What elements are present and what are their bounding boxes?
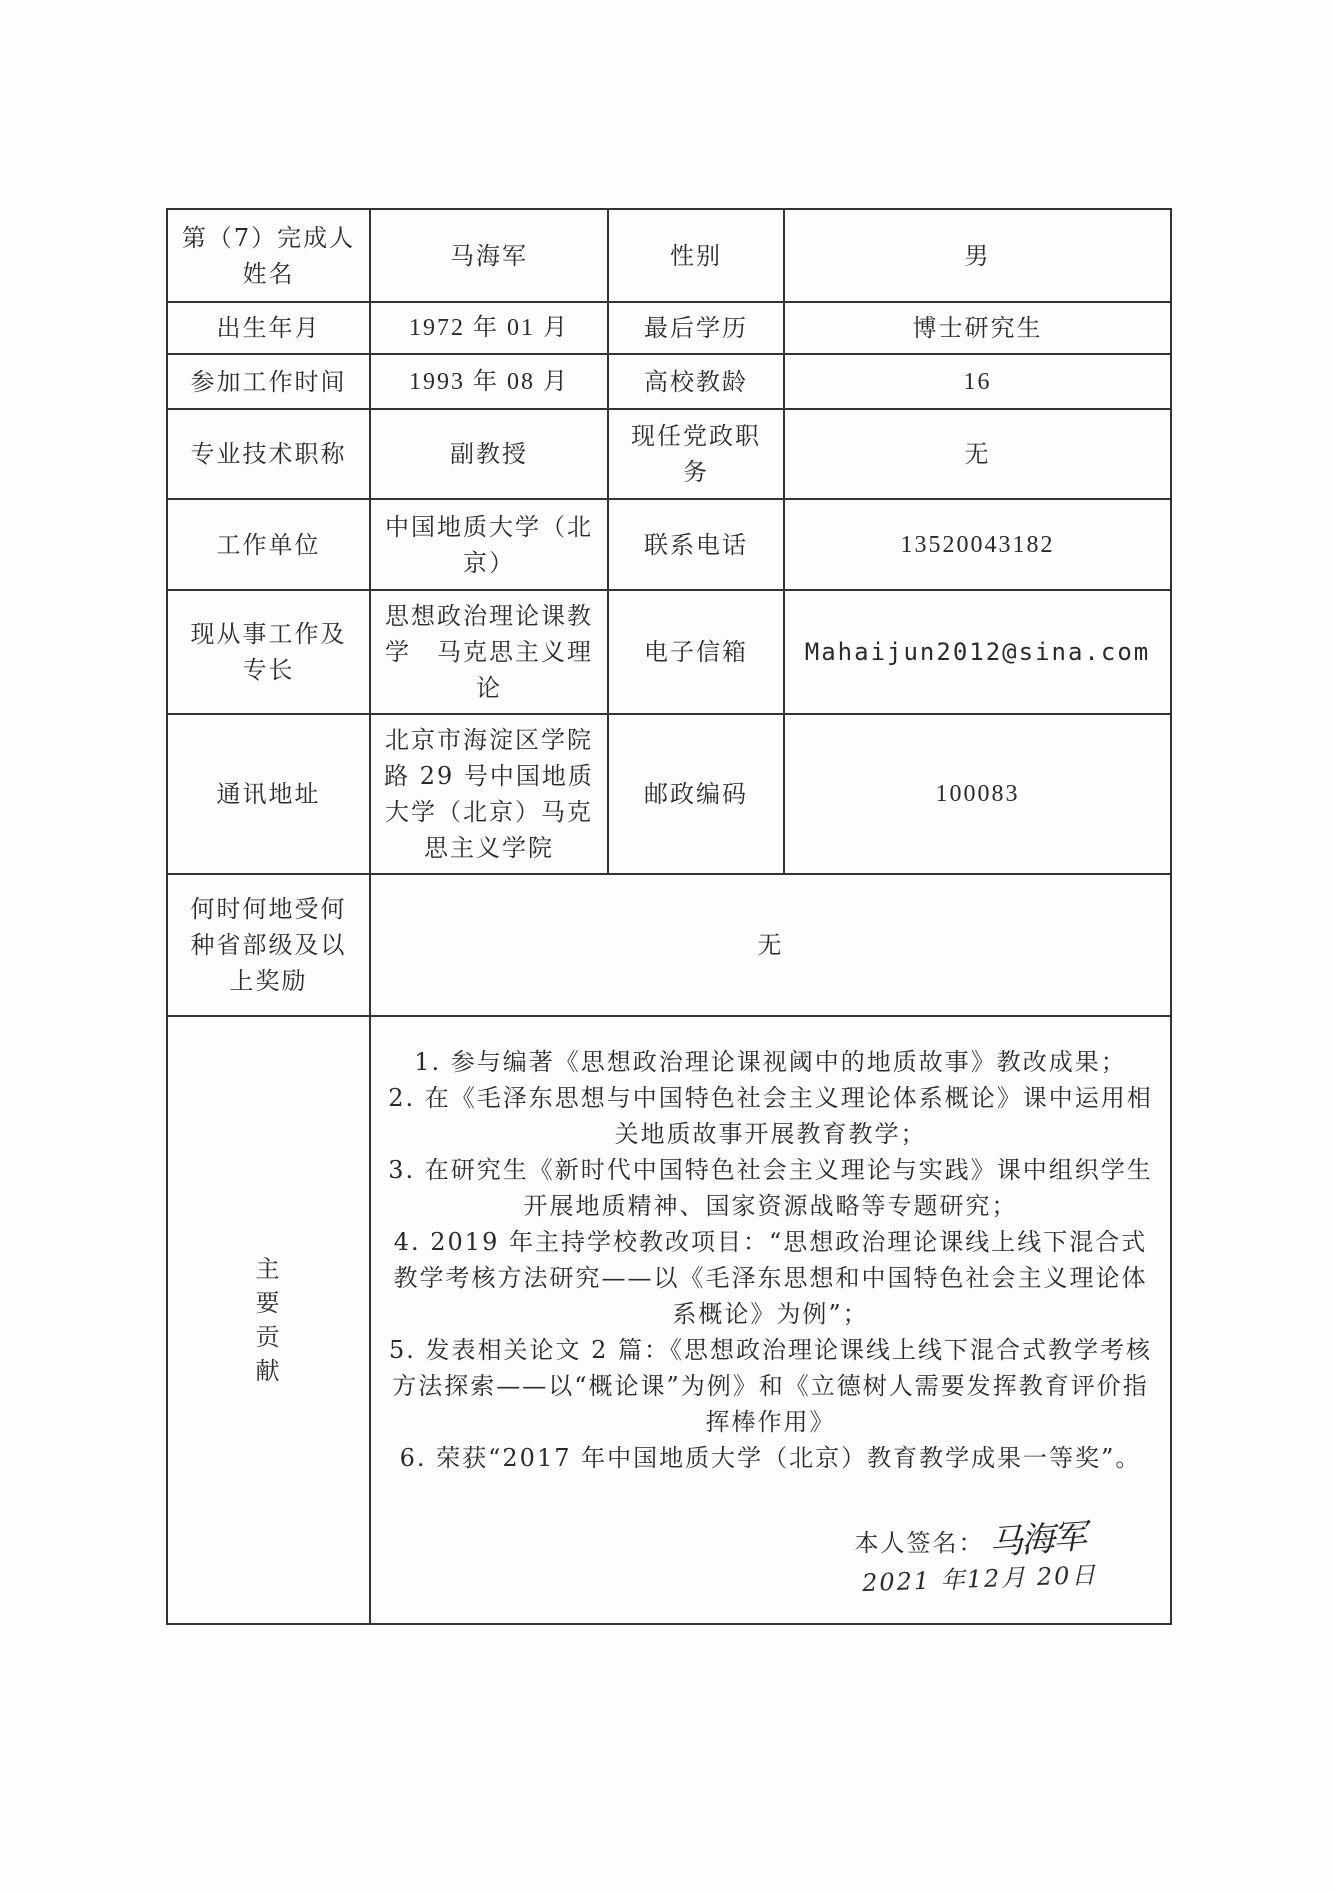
- label-education: 最后学历: [608, 302, 784, 354]
- signature-date: 2021 年12月 20日: [861, 1557, 1097, 1599]
- form-row-expertise: 现从事工作及专长 思想政治理论课教学 马克思主义理论 电子信箱 Mahaijun…: [167, 590, 1171, 714]
- label-address: 通讯地址: [167, 714, 370, 874]
- contributions-list: 1. 参与编著《思想政治理论课视阈中的地质故事》教改成果； 2. 在《毛泽东思想…: [381, 1044, 1160, 1476]
- handwritten-signature: 马海军: [987, 1518, 1085, 1561]
- value-birth-date: 1972 年 01 月: [370, 302, 608, 354]
- label-char: 贡: [178, 1320, 359, 1354]
- document-page: 第（7）完成人姓名 马海军 性别 男 出生年月 1972 年 01 月 最后学历…: [0, 0, 1333, 1892]
- form-row-employer: 工作单位 中国地质大学（北京） 联系电话 13520043182: [167, 499, 1171, 590]
- value-employer: 中国地质大学（北京）: [370, 499, 608, 590]
- label-professional-title: 专业技术职称: [167, 409, 370, 499]
- contribution-item: 5. 发表相关论文 2 篇：《思想政治理论课线上线下混合式教学考核方法探索——以…: [381, 1332, 1160, 1440]
- label-employer: 工作单位: [167, 499, 370, 590]
- label-char: 主: [178, 1252, 359, 1286]
- value-postcode: 100083: [784, 714, 1171, 874]
- value-address: 北京市海淀区学院路 29 号中国地质大学（北京）马克思主义学院: [370, 714, 608, 874]
- form-row-address: 通讯地址 北京市海淀区学院路 29 号中国地质大学（北京）马克思主义学院 邮政编…: [167, 714, 1171, 874]
- value-work-start: 1993 年 08 月: [370, 354, 608, 409]
- form-row-contributions: 主 要 贡 献 1. 参与编著《思想政治理论课视阈中的地质故事》教改成果； 2.…: [167, 1016, 1171, 1624]
- label-gender: 性别: [608, 209, 784, 302]
- contribution-item: 2. 在《毛泽东思想与中国特色社会主义理论体系概论》课中运用相关地质故事开展教育…: [381, 1080, 1160, 1152]
- value-teaching-years: 16: [784, 354, 1171, 409]
- contribution-item: 1. 参与编著《思想政治理论课视阈中的地质故事》教改成果；: [381, 1044, 1160, 1080]
- label-postcode: 邮政编码: [608, 714, 784, 874]
- label-awards: 何时何地受何种省部级及以上奖励: [167, 874, 370, 1016]
- contributions-content: 1. 参与编著《思想政治理论课视阈中的地质故事》教改成果； 2. 在《毛泽东思想…: [370, 1016, 1171, 1624]
- label-email: 电子信箱: [608, 590, 784, 714]
- contribution-item: 3. 在研究生《新时代中国特色社会主义理论与实践》课中组织学生开展地质精神、国家…: [381, 1152, 1160, 1224]
- value-phone: 13520043182: [784, 499, 1171, 590]
- label-birth-date: 出生年月: [167, 302, 370, 354]
- value-email: Mahaijun2012@sina.com: [784, 590, 1171, 714]
- label-teaching-years: 高校教龄: [608, 354, 784, 409]
- personnel-form-table: 第（7）完成人姓名 马海军 性别 男 出生年月 1972 年 01 月 最后学历…: [166, 208, 1172, 1625]
- label-contributions: 主 要 贡 献: [167, 1016, 370, 1624]
- label-expertise: 现从事工作及专长: [167, 590, 370, 714]
- form-row-birth: 出生年月 1972 年 01 月 最后学历 博士研究生: [167, 302, 1171, 354]
- form-row-work-start: 参加工作时间 1993 年 08 月 高校教龄 16: [167, 354, 1171, 409]
- contribution-item: 4. 2019 年主持学校教改项目：“思想政治理论课线上线下混合式教学考核方法研…: [381, 1224, 1160, 1332]
- value-education: 博士研究生: [784, 302, 1171, 354]
- label-phone: 联系电话: [608, 499, 784, 590]
- label-work-start: 参加工作时间: [167, 354, 370, 409]
- label-party-position: 现任党政职务: [608, 409, 784, 499]
- signature-label: 本人签名：: [855, 1529, 985, 1557]
- value-awards: 无: [370, 874, 1171, 1016]
- form-row-name: 第（7）完成人姓名 马海军 性别 男: [167, 209, 1171, 302]
- contribution-item: 6. 荣获“2017 年中国地质大学（北京）教育教学成果一等奖”。: [381, 1440, 1160, 1476]
- form-row-awards: 何时何地受何种省部级及以上奖励 无: [167, 874, 1171, 1016]
- value-professional-title: 副教授: [370, 409, 608, 499]
- signature-block: 本人签名：马海军 2021 年12月 20日: [779, 1522, 1160, 1597]
- label-name: 第（7）完成人姓名: [167, 209, 370, 302]
- value-expertise: 思想政治理论课教学 马克思主义理论: [370, 590, 608, 714]
- label-char: 要: [178, 1286, 359, 1320]
- value-party-position: 无: [784, 409, 1171, 499]
- value-name: 马海军: [370, 209, 608, 302]
- value-gender: 男: [784, 209, 1171, 302]
- form-row-title: 专业技术职称 副教授 现任党政职务 无: [167, 409, 1171, 499]
- label-char: 献: [178, 1354, 359, 1388]
